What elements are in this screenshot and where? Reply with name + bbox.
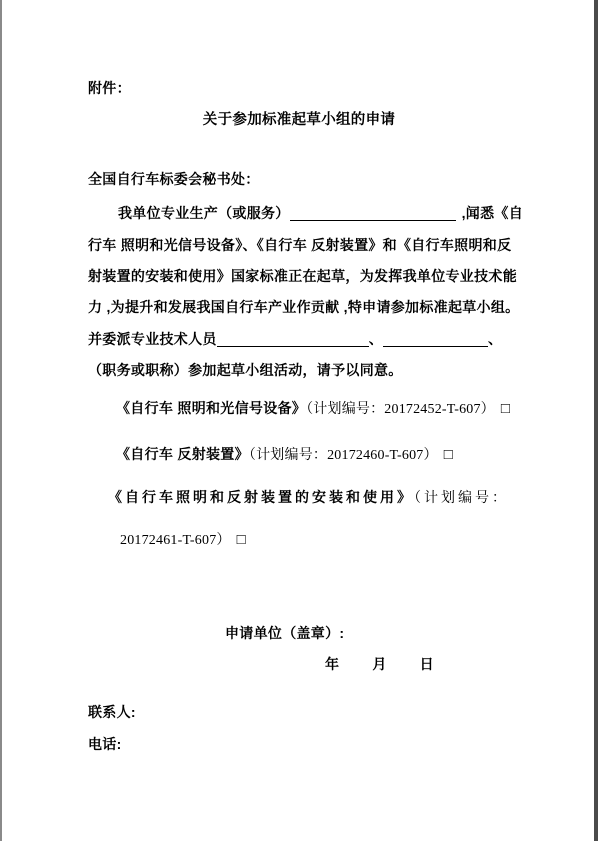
paragraph-line-6: （职务或职称）参加起草小组活动，请予以同意。 [88,362,403,378]
blank-personnel-field-2[interactable] [383,332,488,347]
blank-personnel-field-1[interactable] [217,332,369,347]
attachment-label: 附件： [88,80,131,96]
standard-2-checkbox[interactable]: □ [444,447,453,463]
standard-1-plan-number: （计划编号：20172452-T-607） [306,402,495,417]
paragraph-line-1-text: 我单位专业生产（或服务） [118,205,290,221]
applicant-unit-seal-label: 申请单位（盖章）: [225,625,344,641]
year-label: 年 [325,656,339,672]
list-separator: 、 [488,331,502,347]
date-line: 年 月 日 [325,656,434,672]
day-label: 日 [420,656,434,672]
standard-3-plan-label: （计划编号： [414,491,509,506]
standard-item-1: 《自行车 照明和光信号设备》（计划编号：20172452-T-607）□ [116,400,510,418]
standard-3-checkbox[interactable]: □ [237,532,246,548]
standard-1-name: 《自行车 照明和光信号设备》 [116,400,306,416]
paragraph-line-5-text: 并委派专业技术人员 [88,331,217,347]
blank-production-service-field[interactable] [290,206,456,221]
document-title: 关于参加标准起草小组的申请 [0,112,598,128]
list-separator: 、 [369,331,383,347]
salutation: 全国自行车标委会秘书处： [88,171,260,187]
standard-1-checkbox[interactable]: □ [501,401,510,417]
phone-label: 电话: [88,736,122,752]
document-page: 附件： 关于参加标准起草小组的申请 全国自行车标委会秘书处： 我单位专业生产（或… [0,0,598,841]
paragraph-line-1: 我单位专业生产（或服务）,闻悉《自 [118,205,523,221]
standard-2-plan-number: （计划编号：20172460-T-607） [249,448,438,463]
standard-item-3-line-1: 《自行车照明和反射装置的安装和使用》（计划编号： [108,489,509,507]
paragraph-line-3: 射装置的安装和使用》国家标准正在起草，为发挥我单位专业技术能 [88,268,517,284]
paragraph-line-2: 行车 照明和光信号设备》、《自行车 反射装置》和《自行车照明和反 [88,237,511,253]
standard-2-name: 《自行车 反射装置》 [116,446,249,462]
contact-person-label: 联系人: [88,704,136,720]
standard-item-2: 《自行车 反射装置》（计划编号：20172460-T-607）□ [116,446,453,464]
standard-item-3-line-2: 20172461-T-607）□ [120,531,246,549]
paragraph-line-5: 并委派专业技术人员、、 [88,331,502,347]
month-label: 月 [372,656,386,672]
paragraph-line-1-tail: ,闻悉《自 [462,205,523,221]
standard-3-plan-number: 20172461-T-607） [120,533,231,548]
standard-3-name: 《自行车照明和反射装置的安装和使用》 [108,489,414,505]
paragraph-line-4: 力 ,为提升和发展我国自行车产业作贡献 ,特申请参加标准起草小组。 [88,299,519,315]
